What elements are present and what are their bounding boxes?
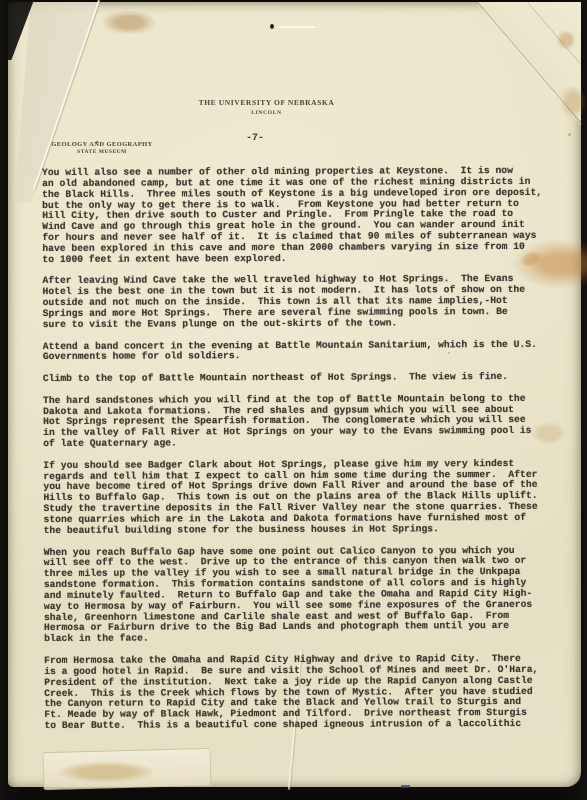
document-body: You will also see a number of other old … bbox=[42, 166, 555, 743]
letterhead-subtitle: LINCOLN bbox=[8, 110, 525, 116]
paragraph-hot-springs: After leaving Wind Cave take the well tr… bbox=[42, 274, 552, 330]
department-block: GEOLOGY AND GEOGRAPHY STATE MUSEUM bbox=[45, 141, 159, 155]
paper-sheet: THE UNIVERSITY OF NEBRASKA LINCOLN GEOLO… bbox=[8, 2, 581, 787]
staple-hole bbox=[316, 23, 321, 28]
department-subname: STATE MUSEUM bbox=[45, 149, 159, 155]
speck bbox=[568, 133, 571, 136]
paragraph-rapid-city: From Hermosa take the Omaha and Rapid Ci… bbox=[44, 654, 554, 732]
letterhead-title: THE UNIVERSITY OF NEBRASKA bbox=[8, 98, 525, 107]
scanned-page: THE UNIVERSITY OF NEBRASKA LINCOLN GEOLO… bbox=[0, 0, 587, 800]
department-name: GEOLOGY AND GEOGRAPHY bbox=[45, 141, 159, 148]
paragraph-battle-mountain-climb: Climb to the top of Battle Mountain nort… bbox=[43, 372, 553, 385]
scratch-mark bbox=[276, 26, 320, 28]
stain bbox=[103, 11, 155, 34]
paragraph-buffalo-gap: When you reach Buffalo Gap have some one… bbox=[44, 545, 554, 645]
paragraph-badger-clark: If you should see Badger Clark about Hot… bbox=[43, 459, 553, 537]
letterhead: THE UNIVERSITY OF NEBRASKA LINCOLN bbox=[8, 98, 581, 116]
paragraph-keystone-mining: You will also see a number of other old … bbox=[42, 166, 552, 266]
ink-mark bbox=[401, 785, 410, 788]
paragraph-band-concert: Attend a band concert in the evening at … bbox=[43, 339, 553, 363]
stain bbox=[60, 762, 152, 782]
paragraph-formations: The hard sandstones which you will find … bbox=[43, 393, 553, 449]
staple-hole bbox=[270, 24, 274, 29]
page-number: -7- bbox=[246, 133, 264, 144]
